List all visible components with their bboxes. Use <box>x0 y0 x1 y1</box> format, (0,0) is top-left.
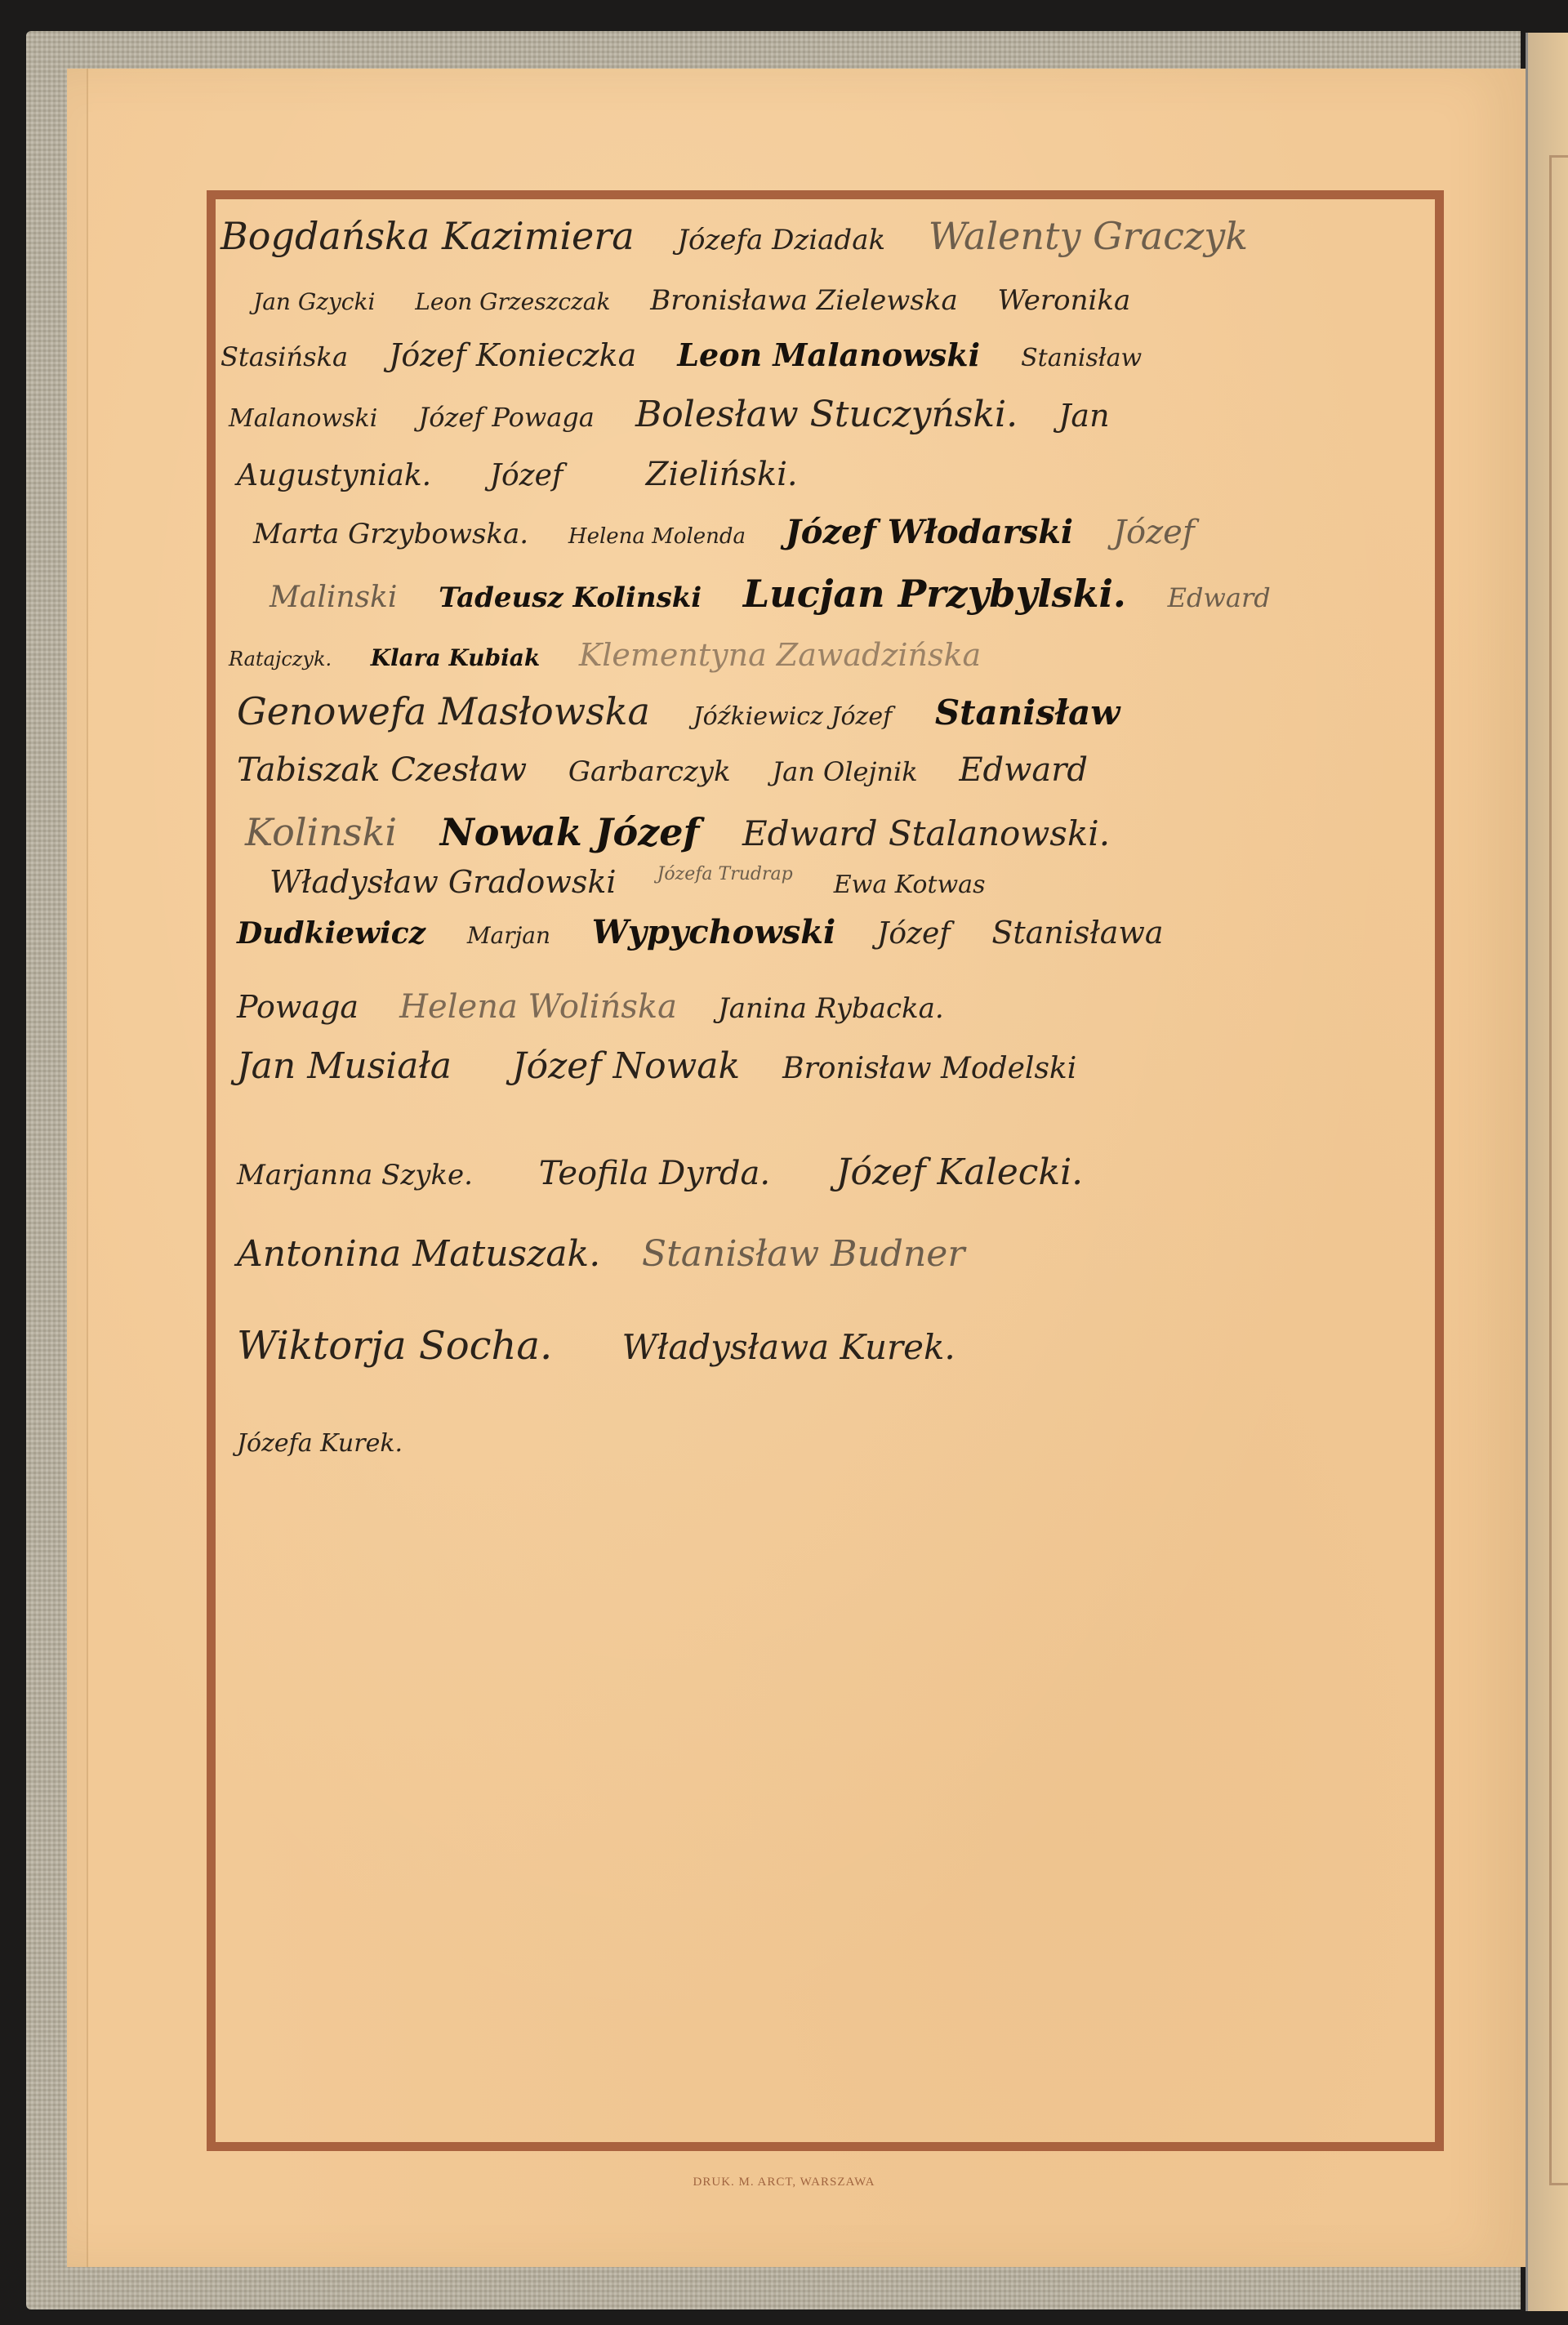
signature: Marjan <box>467 922 550 949</box>
signature: Kolinski <box>245 810 397 854</box>
signature: Antonina Matuszak. <box>237 1233 600 1275</box>
signature: Dudkiewicz <box>237 916 425 951</box>
signature-line: Stasińska Józef Konieczka Leon Malanowsk… <box>220 336 1173 373</box>
signature: Garbarczyk <box>568 755 731 788</box>
signature: Ewa Kotwas <box>834 871 986 899</box>
facing-page-border <box>1549 155 1568 2185</box>
signature-line: Augustyniak. Józef Zieliński. <box>237 456 829 493</box>
signature: Wiktorja Socha. <box>237 1323 552 1369</box>
signature: Stanisław Budner <box>642 1233 964 1275</box>
signature-line: Genowefa Masłowska Jóźkiewicz Józef Stan… <box>237 689 1151 733</box>
signature: Marjanna Szyke. <box>237 1159 473 1191</box>
signature: Stasińska <box>220 341 348 372</box>
signature: Ratajczyk. <box>229 648 332 670</box>
signature: Powaga <box>237 989 359 1025</box>
signature-line: Malinski Tadeusz Kolinski Lucjan Przybyl… <box>269 572 1302 616</box>
signature: Józef Kalecki. <box>836 1151 1083 1193</box>
signature: Janina Rybacka. <box>718 992 944 1025</box>
signature: Malinski <box>269 581 397 614</box>
signature: Edward Stalanowski. <box>742 813 1110 853</box>
signature: Helena Molenda <box>568 524 746 549</box>
signature-line: Władysław Gradowski Józefa Trudrap Ewa K… <box>269 864 1016 900</box>
signature-line: Wiktorja Socha. Władysława Kurek. <box>237 1323 987 1369</box>
signature: Tadeusz Kolinski <box>439 581 702 614</box>
signature: Józef <box>1113 514 1195 551</box>
signature: Józef <box>490 459 563 492</box>
signature: Zieliński. <box>646 456 798 493</box>
signature: Edward <box>1168 582 1271 613</box>
signature: Józef Powaga <box>418 402 594 433</box>
signature: Jan Gzycki <box>253 288 375 315</box>
signature: Józefa Trudrap <box>657 864 793 884</box>
signature: Józef Nowak <box>512 1045 740 1087</box>
signature-line: Dudkiewicz Marjan Wypychowski Józef Stan… <box>237 913 1195 951</box>
signature: Walenty Graczyk <box>929 214 1248 258</box>
signature: Malanowski <box>229 404 377 433</box>
signature: Leon Malanowski <box>677 336 980 373</box>
signature: Jan <box>1058 398 1109 434</box>
signature: Jóźkiewicz Józef <box>693 702 893 731</box>
printer-imprint: DRUK. M. ARCT, WARSZAWA <box>0 2176 1568 2189</box>
signature: Bolesław Stuczyński. <box>635 394 1018 435</box>
signature: Lucjan Przybylski. <box>743 572 1126 616</box>
signature-line: Malanowski Józef Powaga Bolesław Stuczyń… <box>229 394 1141 435</box>
signature: Stanisław <box>1021 344 1142 372</box>
signature-line: Jan Musiała Józef Nowak Bronisław Models… <box>237 1045 1107 1087</box>
signature: Józef <box>877 917 951 951</box>
signature: Tabiszak Czesław <box>237 751 527 789</box>
signature: Nowak Józef <box>440 810 700 854</box>
page-fold-line <box>87 69 88 2267</box>
signature-line: Józefa Kurek. <box>237 1429 434 1458</box>
signature: Leon Grzeszczak <box>415 288 610 315</box>
signature: Weronika <box>998 284 1131 317</box>
signature: Józef Włodarski <box>786 513 1073 551</box>
signature-line: Kolinski Nowak Józef Edward Stalanowski. <box>245 810 1141 854</box>
signature: Klementyna Zawadzińska <box>579 637 981 673</box>
signature-line: Ratajczyk. Klara Kubiak Klementyna Zawad… <box>229 637 1012 673</box>
signature: Helena Wolińska <box>399 988 677 1026</box>
signature: Stanisław <box>935 693 1120 733</box>
signature: Wypychowski <box>592 913 835 951</box>
signature-line: Powaga Helena Wolińska Janina Rybacka. <box>237 988 975 1026</box>
signature-line: Bogdańska Kazimiera Józefa Dziadak Walen… <box>220 214 1279 258</box>
signature: Bronisława Zielewska <box>650 284 957 317</box>
signature: Augustyniak. <box>237 459 431 492</box>
signature: Teofila Dyrda. <box>539 1155 770 1192</box>
signature-line: Antonina Matuszak. Stanisław Budner <box>237 1233 996 1275</box>
signature: Klara Kubiak <box>371 644 541 671</box>
signature: Edward <box>959 751 1088 789</box>
signature: Genowefa Masłowska <box>237 689 650 733</box>
signature: Jan Olejnik <box>772 756 917 787</box>
signature: Marta Grzybowska. <box>253 518 528 550</box>
signature: Bogdańska Kazimiera <box>220 214 635 258</box>
signature: Władysława Kurek. <box>622 1327 955 1367</box>
signature: Józefa Dziadak <box>677 224 885 256</box>
signature-line: Tabiszak Czesław Garbarczyk Jan Olejnik … <box>237 751 1119 789</box>
signature: Władysław Gradowski <box>269 864 617 900</box>
signature: Bronisław Modelski <box>782 1052 1076 1085</box>
signature-line: Marjanna Szyke. Teofila Dyrda. Józef Kal… <box>237 1151 1114 1193</box>
signature: Jan Musiała <box>237 1045 452 1087</box>
signature: Józef Konieczka <box>389 337 636 373</box>
signature: Stanisława <box>991 915 1163 951</box>
signature-line: Jan Gzycki Leon Grzeszczak Bronisława Zi… <box>253 284 1161 317</box>
signature: Józefa Kurek. <box>237 1429 403 1458</box>
signature-line: Marta Grzybowska. Helena Molenda Józef W… <box>253 513 1226 551</box>
